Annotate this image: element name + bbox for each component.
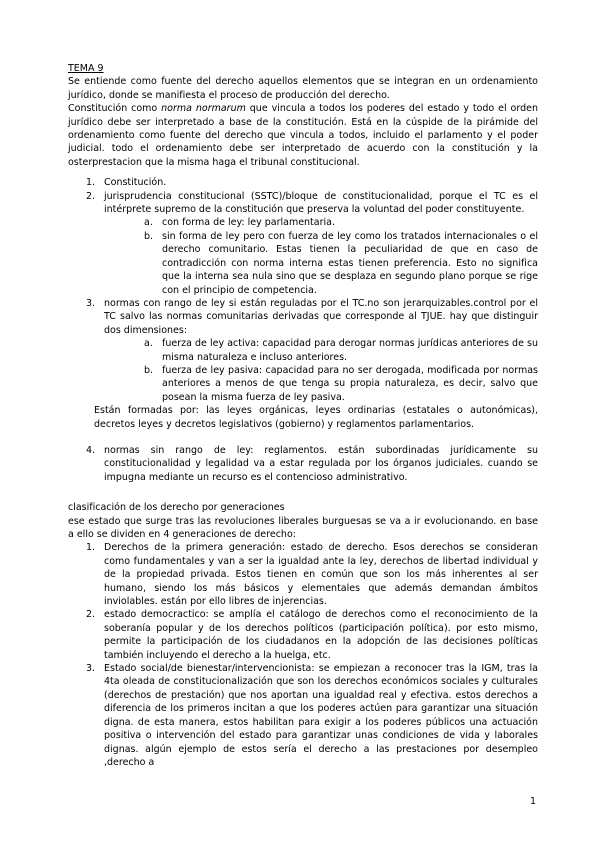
- sub-list-item-text: fuerza de ley activa: capacidad para der…: [162, 338, 538, 362]
- sub-list-item-letter: a.: [144, 216, 153, 229]
- sub-list-item-text: sin forma de ley pero con fuerza de ley …: [162, 231, 538, 296]
- sub-list-item: a. con forma de ley: ley parlamentaria.: [68, 216, 538, 229]
- document-page: TEMA 9 Se entiende como fuente del derec…: [0, 0, 600, 848]
- sources-ordered-list: 1. Constitución. 2. jurisprudencia const…: [68, 176, 538, 484]
- section-intro-paragraph: ese estado que surge tras las revolucion…: [68, 515, 538, 542]
- sub-list-item-letter: b.: [144, 230, 153, 243]
- blank-line: [68, 431, 538, 444]
- list-item: 4. normas sin rango de ley: reglamentos.…: [68, 444, 538, 484]
- latin-term: norma normarum: [161, 103, 246, 114]
- page-title: TEMA 9: [68, 62, 538, 75]
- sub-list-item: b. fuerza de ley pasiva: capacidad para …: [68, 364, 538, 404]
- section-heading: clasificación de los derecho por generac…: [68, 501, 538, 514]
- page-number: 1: [530, 795, 536, 808]
- list-item: 1. Constitución.: [68, 176, 538, 189]
- paragraph-text: Constitución como: [68, 103, 161, 114]
- list-item-number: 3.: [86, 297, 95, 310]
- sub-list-item-letter: b.: [144, 364, 153, 377]
- list-item-number: 1.: [86, 176, 95, 189]
- sub-list-item-text: con forma de ley: ley parlamentaria.: [162, 217, 335, 228]
- list-item-text: normas sin rango de ley: reglamentos. es…: [104, 445, 538, 483]
- list-continuation-paragraph: Están formadas por: las leyes orgánicas,…: [68, 404, 538, 431]
- list-item-text: jurisprudencia constitucional (SSTC)/blo…: [104, 191, 538, 215]
- list-item-text: Estado social/de bienestar/intervencioni…: [104, 663, 538, 768]
- sub-list-item: b. sin forma de ley pero con fuerza de l…: [68, 230, 538, 297]
- sub-list-item-letter: a.: [144, 337, 153, 350]
- list-item: 1. Derechos de la primera generación: es…: [68, 541, 538, 608]
- list-item-text: Derechos de la primera generación: estad…: [104, 542, 538, 607]
- list-item-number: 4.: [86, 444, 95, 457]
- sub-list-item-text: fuerza de ley pasiva: capacidad para no …: [162, 365, 538, 403]
- list-item-number: 2.: [86, 608, 95, 621]
- document-body: TEMA 9 Se entiende como fuente del derec…: [68, 62, 538, 769]
- list-item-text: normas con rango de ley si están regulad…: [104, 298, 538, 336]
- list-item: 3. normas con rango de ley si están regu…: [68, 297, 538, 337]
- generations-ordered-list: 1. Derechos de la primera generación: es…: [68, 541, 538, 769]
- list-item: 2. jurisprudencia constitucional (SSTC)/…: [68, 190, 538, 217]
- list-item-text: estado democractico: se amplía el catálo…: [104, 609, 538, 660]
- list-item-number: 1.: [86, 541, 95, 554]
- list-item-number: 3.: [86, 662, 95, 675]
- sub-list-item: a. fuerza de ley activa: capacidad para …: [68, 337, 538, 364]
- list-item-number: 2.: [86, 190, 95, 203]
- blank-line: [68, 484, 538, 501]
- constitution-paragraph: Constitución como norma normarum que vin…: [68, 102, 538, 169]
- list-item: 2. estado democractico: se amplía el cat…: [68, 608, 538, 662]
- list-item-text: Constitución.: [104, 177, 166, 188]
- list-item: 3. Estado social/de bienestar/intervenci…: [68, 662, 538, 769]
- intro-paragraph: Se entiende como fuente del derecho aque…: [68, 75, 538, 102]
